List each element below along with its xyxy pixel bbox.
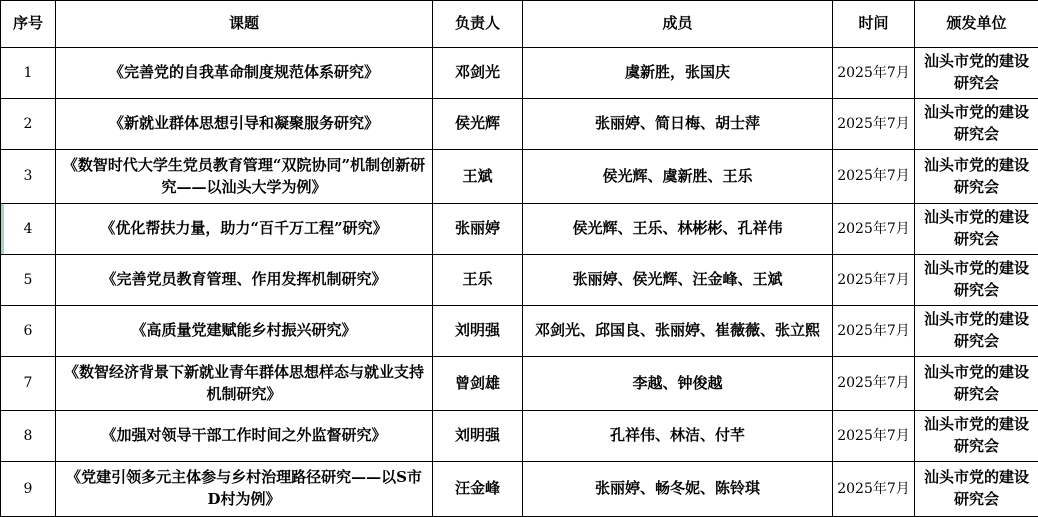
table-row: 1 《完善党的自我革命制度规范体系研究》 邓剑光 虞新胜，张国庆 2025年7月… bbox=[1, 48, 1038, 99]
cell-index: 2 bbox=[1, 99, 56, 150]
cell-time: 2025年7月 bbox=[833, 357, 915, 411]
column-header-index: 序号 bbox=[1, 1, 56, 48]
cell-issuer: 汕头市党的建设研究会 bbox=[915, 411, 1038, 462]
cell-leader: 刘明强 bbox=[433, 306, 523, 357]
table-row: 9 《党建引领多元主体参与乡村治理路径研究——以S市D村为例》 汪金峰 张丽婷、… bbox=[1, 462, 1038, 517]
table-row: 8 《加强对领导干部工作时间之外监督研究》 刘明强 孔祥伟、林洁、付芊 2025… bbox=[1, 411, 1038, 462]
table-header: 序号 课题 负责人 成员 时间 颁发单位 bbox=[1, 1, 1038, 48]
cell-members: 邓剑光、邱国良、张丽婷、崔薇薇、张立熙 bbox=[523, 306, 833, 357]
cell-topic: 《完善党员教育管理、作用发挥机制研究》 bbox=[56, 255, 433, 306]
research-topics-table: 序号 课题 负责人 成员 时间 颁发单位 1 《完善党的自我革命制度规范体系研究… bbox=[0, 0, 1038, 517]
cell-members: 张丽婷、侯光辉、汪金峰、王斌 bbox=[523, 255, 833, 306]
table-row: 4 《优化帮扶力量，助力“百千万工程”研究》 张丽婷 侯光辉、王乐、林彬彬、孔祥… bbox=[1, 204, 1038, 255]
cell-topic: 《党建引领多元主体参与乡村治理路径研究——以S市D村为例》 bbox=[56, 462, 433, 517]
cell-issuer: 汕头市党的建设研究会 bbox=[915, 204, 1038, 255]
column-header-members: 成员 bbox=[523, 1, 833, 48]
cell-issuer: 汕头市党的建设研究会 bbox=[915, 99, 1038, 150]
cell-index: 1 bbox=[1, 48, 56, 99]
cell-topic: 《加强对领导干部工作时间之外监督研究》 bbox=[56, 411, 433, 462]
table-row: 3 《数智时代大学生党员教育管理“双院协同”机制创新研究——以汕头大学为例》 王… bbox=[1, 150, 1038, 204]
table-body: 1 《完善党的自我革命制度规范体系研究》 邓剑光 虞新胜，张国庆 2025年7月… bbox=[1, 48, 1038, 517]
cell-time: 2025年7月 bbox=[833, 204, 915, 255]
cell-leader: 汪金峰 bbox=[433, 462, 523, 517]
cell-index: 3 bbox=[1, 150, 56, 204]
cell-topic: 《新就业群体思想引导和凝聚服务研究》 bbox=[56, 99, 433, 150]
column-header-time: 时间 bbox=[833, 1, 915, 48]
column-header-issuer: 颁发单位 bbox=[915, 1, 1038, 48]
cell-index: 8 bbox=[1, 411, 56, 462]
column-header-topic: 课题 bbox=[56, 1, 433, 48]
cell-time: 2025年7月 bbox=[833, 255, 915, 306]
table-row: 2 《新就业群体思想引导和凝聚服务研究》 侯光辉 张丽婷、简日梅、胡士萍 202… bbox=[1, 99, 1038, 150]
cell-members: 侯光辉、王乐、林彬彬、孔祥伟 bbox=[523, 204, 833, 255]
cell-index: 6 bbox=[1, 306, 56, 357]
cell-time: 2025年7月 bbox=[833, 306, 915, 357]
cell-issuer: 汕头市党的建设研究会 bbox=[915, 306, 1038, 357]
cell-leader: 邓剑光 bbox=[433, 48, 523, 99]
cell-time: 2025年7月 bbox=[833, 462, 915, 517]
cell-leader: 王斌 bbox=[433, 150, 523, 204]
cell-leader: 刘明强 bbox=[433, 411, 523, 462]
cell-issuer: 汕头市党的建设研究会 bbox=[915, 462, 1038, 517]
cell-members: 李越、钟俊越 bbox=[523, 357, 833, 411]
cell-topic: 《高质量党建赋能乡村振兴研究》 bbox=[56, 306, 433, 357]
cell-members: 虞新胜，张国庆 bbox=[523, 48, 833, 99]
table-row: 6 《高质量党建赋能乡村振兴研究》 刘明强 邓剑光、邱国良、张丽婷、崔薇薇、张立… bbox=[1, 306, 1038, 357]
cell-topic: 《数智时代大学生党员教育管理“双院协同”机制创新研究——以汕头大学为例》 bbox=[56, 150, 433, 204]
cell-members: 侯光辉、虞新胜、王乐 bbox=[523, 150, 833, 204]
cell-issuer: 汕头市党的建设研究会 bbox=[915, 255, 1038, 306]
table-row: 5 《完善党员教育管理、作用发挥机制研究》 王乐 张丽婷、侯光辉、汪金峰、王斌 … bbox=[1, 255, 1038, 306]
cell-index: 4 bbox=[1, 204, 56, 255]
cell-issuer: 汕头市党的建设研究会 bbox=[915, 150, 1038, 204]
cell-time: 2025年7月 bbox=[833, 411, 915, 462]
cell-topic: 《数智经济背景下新就业青年群体思想样态与就业支持机制研究》 bbox=[56, 357, 433, 411]
cell-time: 2025年7月 bbox=[833, 48, 915, 99]
header-row: 序号 课题 负责人 成员 时间 颁发单位 bbox=[1, 1, 1038, 48]
cell-issuer: 汕头市党的建设研究会 bbox=[915, 357, 1038, 411]
cell-time: 2025年7月 bbox=[833, 99, 915, 150]
table-row: 7 《数智经济背景下新就业青年群体思想样态与就业支持机制研究》 曾剑雄 李越、钟… bbox=[1, 357, 1038, 411]
cell-index: 7 bbox=[1, 357, 56, 411]
cell-leader: 侯光辉 bbox=[433, 99, 523, 150]
cell-topic: 《优化帮扶力量，助力“百千万工程”研究》 bbox=[56, 204, 433, 255]
cell-issuer: 汕头市党的建设研究会 bbox=[915, 48, 1038, 99]
cell-index: 9 bbox=[1, 462, 56, 517]
cell-leader: 曾剑雄 bbox=[433, 357, 523, 411]
cell-members: 张丽婷、畅冬妮、陈铃琪 bbox=[523, 462, 833, 517]
cell-time: 2025年7月 bbox=[833, 150, 915, 204]
cell-members: 孔祥伟、林洁、付芊 bbox=[523, 411, 833, 462]
cell-leader: 张丽婷 bbox=[433, 204, 523, 255]
cell-leader: 王乐 bbox=[433, 255, 523, 306]
cell-members: 张丽婷、简日梅、胡士萍 bbox=[523, 99, 833, 150]
cell-index: 5 bbox=[1, 255, 56, 306]
cell-topic: 《完善党的自我革命制度规范体系研究》 bbox=[56, 48, 433, 99]
column-header-leader: 负责人 bbox=[433, 1, 523, 48]
